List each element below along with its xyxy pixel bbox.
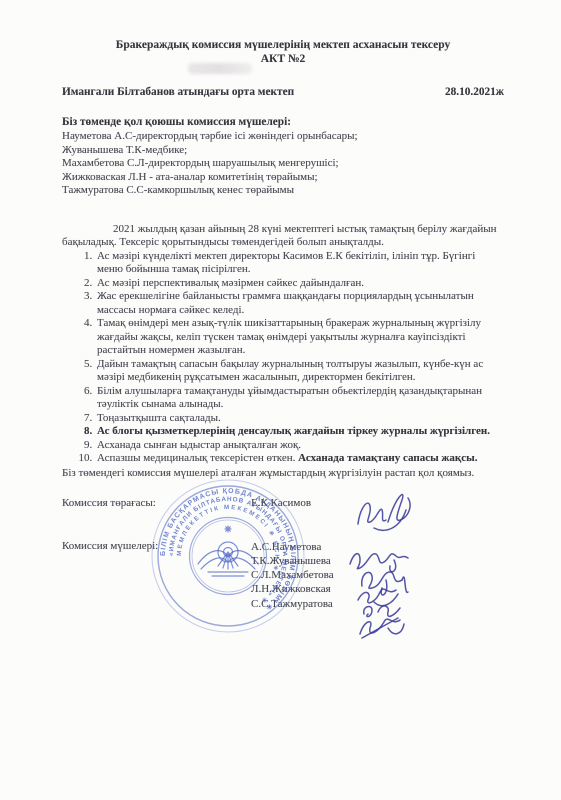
scanned-document-page: Бракераждық комиссия мүшелерінің мектеп … [0,0,561,800]
member-signature [358,589,398,606]
commission-members-list: Науметова А.С-директордың тәрбие ісі жөн… [62,130,504,198]
finding-item: Ас мәзірі күнделікті мектеп директоры Ка… [95,250,504,277]
commission-member-line: Жижковаская Л.Н - ата-аналар комитетінің… [62,171,504,185]
chairman-signature [358,495,410,531]
stamp-ring-texts: БІЛІМ БАСҚАРМАСЫ ҚОБДА АУДАНЫНЫҢ БІЛІМ Б… [160,488,296,612]
commission-member-line: Науметова А.С-директордың тәрбие ісі жөн… [62,130,504,144]
finding-item: Жас ерекшелігіне байланысты граммға шаққ… [95,290,504,317]
stamp-emblem-icon [198,526,258,576]
member-signature [362,572,408,595]
member-signature [360,618,404,638]
commission-member-line: Тажмуратова С.С-камкоршылық кенес төрайы… [62,184,504,198]
summary-paragraph: 2021 жылдың қазан айының 28 күні мектепт… [62,223,504,250]
scan-smudge [188,63,252,74]
document-header: Бракераждық комиссия мүшелерінің мектеп … [62,38,504,66]
commission-member-line: Махамбетова С.Л-директордың шаруашылық м… [62,157,504,171]
act-number: АКТ №2 [62,52,504,66]
finding-item: Ас блогы қызметкерлерінің денсаулық жағд… [95,425,504,439]
commission-member-line: Жуванышева Т.К-медбике; [62,144,504,158]
finding-item: Ас мәзірі перспективалық мәзірмен сәйкес… [95,277,504,291]
inspection-date: 28.10.2021ж [445,86,504,100]
document-title: Бракераждық комиссия мүшелерінің мектеп … [62,38,504,52]
finding-bold-part: Асханада тамақтану сапасы жақсы. [298,452,477,464]
svg-text:«ИМАНҒАЛИ БІЛТАБАНОВ АТЫНДАҒЫ: «ИМАНҒАЛИ БІЛТАБАНОВ АТЫНДАҒЫ ОРТА МЕКТЕ… [168,496,288,605]
finding-item: Аспазшы медициналық тексерістен өткен. А… [95,452,504,466]
intro-heading: Біз төменде қол қоюшы комиссия мүшелері: [62,116,504,130]
school-name: Имангали Білтабанов атындағы орта мектеп [62,86,294,100]
official-stamp: БІЛІМ БАСҚАРМАСЫ ҚОБДА АУДАНЫНЫҢ БІЛІМ Б… [148,476,308,636]
finding-item: Білім алушыларға тамақтануды ұйымдастыра… [95,385,504,412]
member-signature [350,554,408,572]
handwritten-signatures [330,480,446,652]
findings-list: Ас мәзірі күнделікті мектеп директоры Ка… [62,250,504,466]
finding-item: Асханада сынған ыдыстар анықталған жоқ. [95,439,504,453]
school-row: Имангали Білтабанов атындағы орта мектеп… [62,86,504,100]
member-signature [364,606,400,617]
finding-item: Тоңазытқышта сақталады. [95,412,504,426]
finding-item: Дайын тамақтың сапасын бақылау журналыны… [95,358,504,385]
finding-item: Тамақ өнімдері мен азық-түлік шикізаттар… [95,317,504,358]
